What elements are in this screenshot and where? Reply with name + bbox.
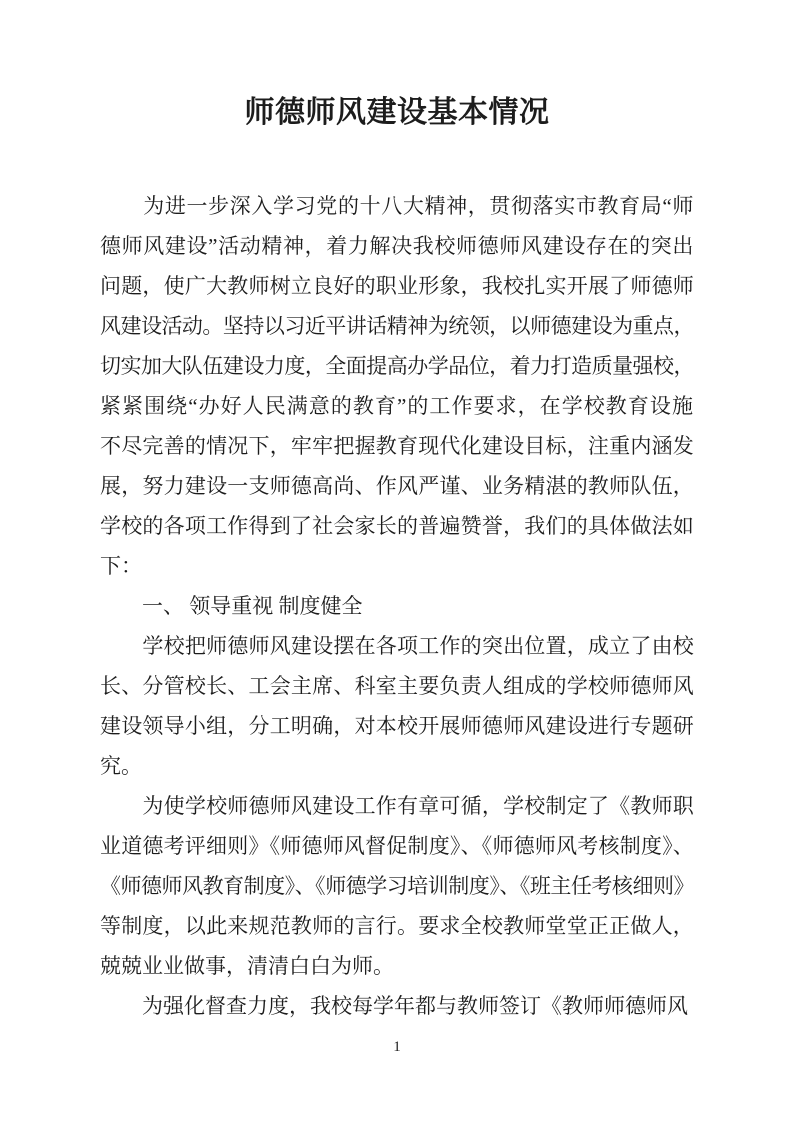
text-line: 究。 (100, 746, 694, 786)
text-line: 《师德师风教育制度》、《师德学习培训制度》、《班主任考核细则》 (100, 866, 694, 906)
text-line: 一、 领导重视 制度健全 (100, 586, 694, 626)
text-line: 建设领导小组，分工明确，对本校开展师德师风建设进行专题研 (100, 706, 694, 746)
text-line: 问题，使广大教师树立良好的职业形象，我校扎实开展了师德师 (100, 266, 694, 306)
text-line: 学校的各项工作得到了社会家长的普遍赞誉，我们的具体做法如 (100, 506, 694, 546)
text-line: 展，努力建设一支师德高尚、作风严谨、业务精湛的教师队伍， (100, 466, 694, 506)
text-line: 切实加大队伍建设力度，全面提高办学品位，着力打造质量强校， (100, 346, 694, 386)
text-line: 不尽完善的情况下，牢牢把握教育现代化建设目标，注重内涵发 (100, 426, 694, 466)
document-body: 为进一步深入学习党的十八大精神，贯彻落实市教育局“师德师风建设”活动精神，着力解… (100, 186, 694, 1026)
text-line: 风建设活动。坚持以习近平讲话精神为统领，以师德建设为重点， (100, 306, 694, 346)
document-page: 师德师风建设基本情况 为进一步深入学习党的十八大精神，贯彻落实市教育局“师德师风… (0, 0, 794, 1123)
text-line: 为使学校师德师风建设工作有章可循，学校制定了《教师职 (100, 786, 694, 826)
text-line: 学校把师德师风建设摆在各项工作的突出位置，成立了由校 (100, 626, 694, 666)
text-line: 为强化督查力度，我校每学年都与教师签订《教师师德师风 (100, 986, 694, 1026)
page-number: 1 (0, 1036, 794, 1058)
text-line: 业道德考评细则》《师德师风督促制度》、《师德师风考核制度》、 (100, 826, 694, 866)
text-line: 下： (100, 546, 694, 586)
text-line: 等制度，以此来规范教师的言行。要求全校教师堂堂正正做人， (100, 906, 694, 946)
text-line: 为进一步深入学习党的十八大精神，贯彻落实市教育局“师 (100, 186, 694, 226)
text-line: 兢兢业业做事，清清白白为师。 (100, 946, 694, 986)
text-line: 紧紧围绕“办好人民满意的教育”的工作要求，在学校教育设施 (100, 386, 694, 426)
text-line: 长、分管校长、工会主席、科室主要负责人组成的学校师德师风 (100, 666, 694, 706)
document-title: 师德师风建设基本情况 (0, 90, 794, 136)
text-line: 德师风建设”活动精神，着力解决我校师德师风建设存在的突出 (100, 226, 694, 266)
